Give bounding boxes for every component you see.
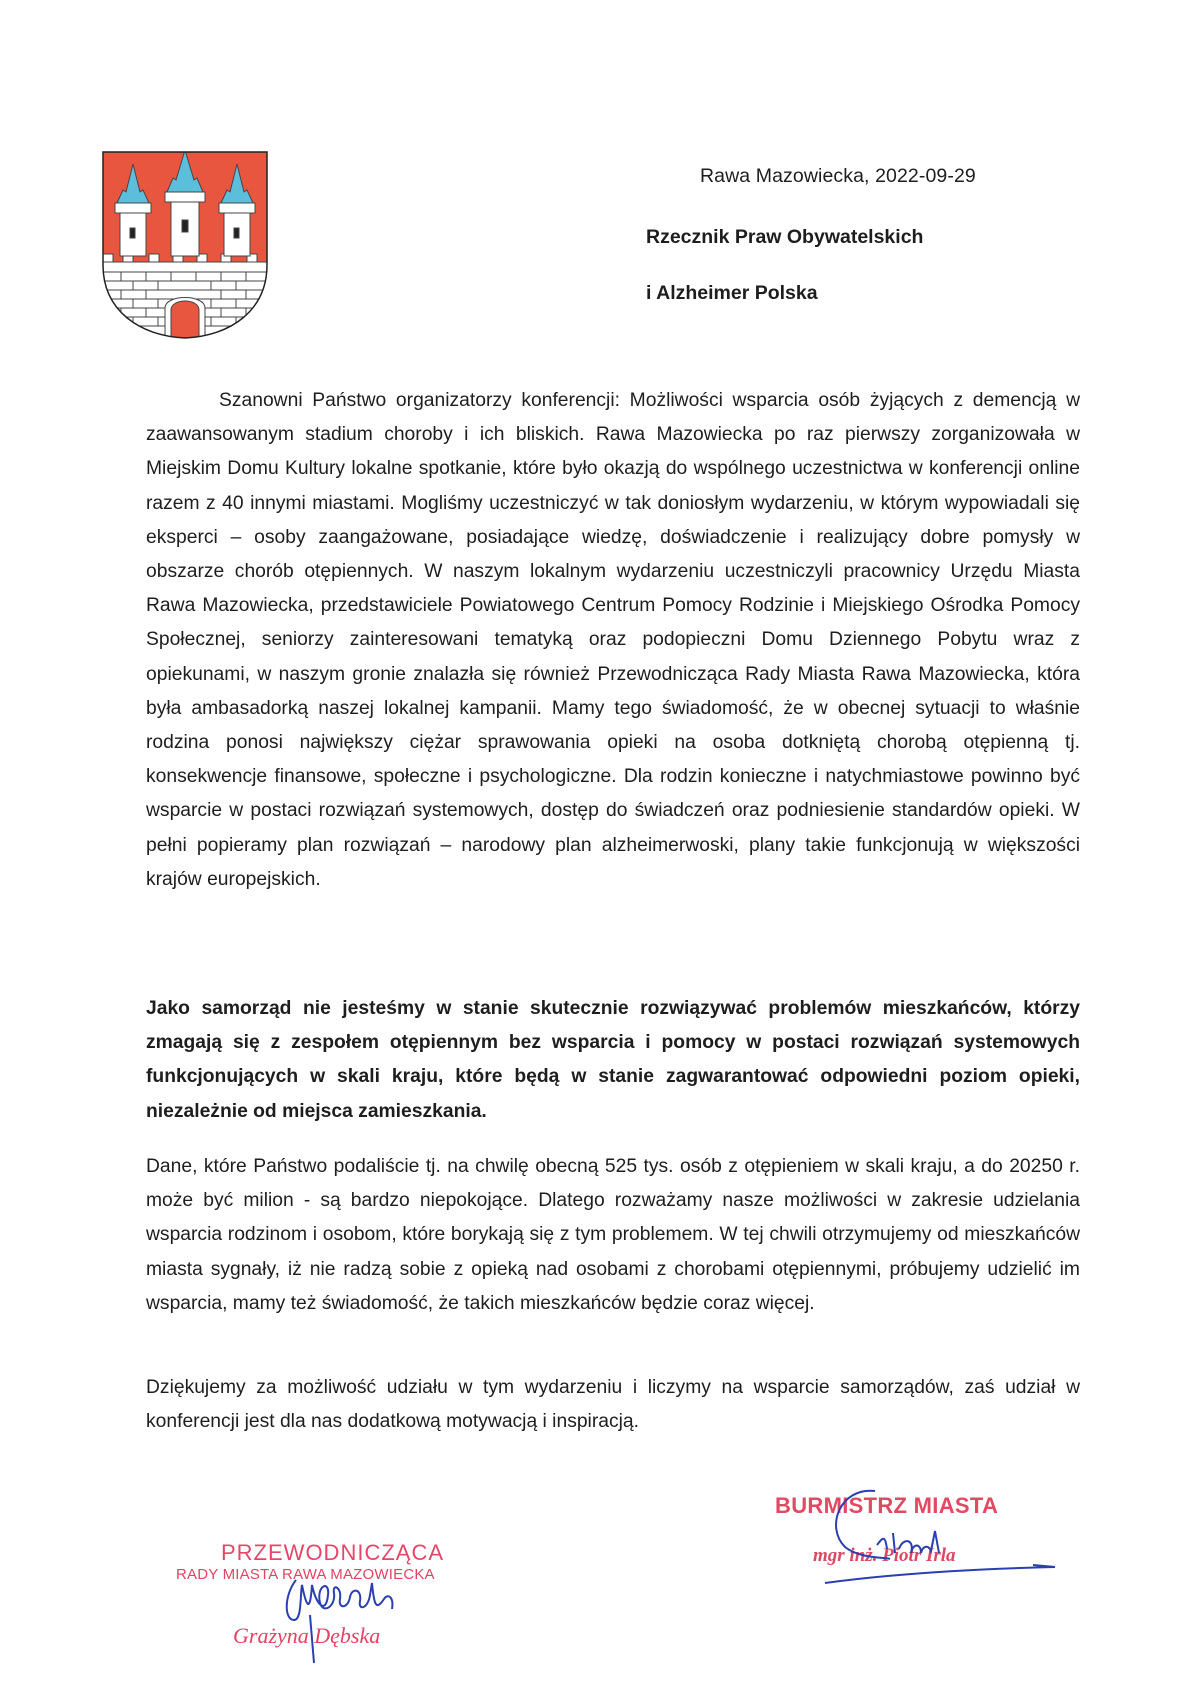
body-paragraph-1: Szanowni Państwo organizatorzy konferenc… <box>146 384 1080 897</box>
mayor-stamp: BURMISTRZ MIASTA mgr inż. Piotr Irla <box>765 1487 1065 1607</box>
paragraph-text: Dane, które Państwo podaliście tj. na ch… <box>146 1150 1080 1321</box>
coat-of-arms-icon <box>101 150 269 340</box>
recipient-line-1: Rzecznik Praw Obywatelskich <box>646 226 923 249</box>
recipient-line-2: i Alzheimer Polska <box>646 282 818 305</box>
body-paragraph-4: Dziękujemy za możliwość udziału w tym wy… <box>146 1371 1080 1439</box>
paragraph-text: Dziękujemy za możliwość udziału w tym wy… <box>146 1371 1080 1439</box>
body-paragraph-bold: Jako samorząd nie jesteśmy w stanie skut… <box>146 992 1080 1129</box>
stamp-title: PRZEWODNICZĄCA <box>221 1540 444 1566</box>
paragraph-text: Jako samorząd nie jesteśmy w stanie skut… <box>146 992 1080 1129</box>
place-and-date: Rawa Mazowiecka, 2022-09-29 <box>700 165 976 188</box>
handwritten-signature-icon <box>276 1575 416 1665</box>
body-paragraph-3: Dane, które Państwo podaliście tj. na ch… <box>146 1150 1080 1321</box>
letter-page: Rawa Mazowiecka, 2022-09-29 Rzecznik Pra… <box>0 0 1200 1691</box>
council-chair-stamp: PRZEWODNICZĄCA RADY MIASTA RAWA MAZOWIEC… <box>176 1525 476 1655</box>
paragraph-text: Szanowni Państwo organizatorzy konferenc… <box>146 384 1080 897</box>
handwritten-signature-icon <box>765 1487 1065 1607</box>
